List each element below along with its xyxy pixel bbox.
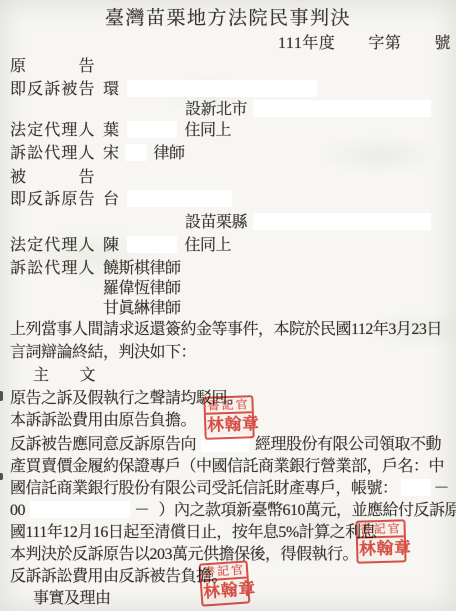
case-number-line: 111年度 字第 號 [278,34,451,53]
party-plaintiff-label: 原告 [10,57,94,76]
party-counter-plaintiff: 即反訴原告台 [10,190,232,209]
main-text-9: 反訴訴訟費用由反訴被告負擔。 [10,567,227,586]
counter-defendant-name: 環 [103,81,119,98]
clerk-seal-stamp-2: 書記官 林翰章 [355,519,406,563]
scan-edge-artifact [0,391,3,401]
counter-defendant-label: 即反訴被告 [10,80,94,99]
party-address-1: 設新北市 [185,100,431,119]
main-text-5b: － [434,480,450,497]
scan-edge-artifact [0,473,3,480]
legal-rep-name-1: 葉 [103,122,119,139]
party-counsel-3: 羅偉恆律師 [103,279,181,298]
main-text-5a: 國信託商業銀行股份有限公司受託信託財產專戶，帳號： [10,480,398,497]
legal-rep-label-2: 法定代理人 [10,236,94,255]
party-counsel-2: 訴訟代理人饒斯棋律師 [10,259,181,278]
legal-rep-label-1: 法定代理人 [10,121,94,140]
main-text-3b: 經理股份有限公司領取不動 [255,436,441,453]
clerk-seal-title: 書記官 [357,521,403,538]
party-legal-rep-2: 法定代理人陳住同上 [10,236,231,255]
counsel-name-2: 饒斯棋律師 [103,260,181,277]
redacted-name [127,236,177,253]
document-title: 臺灣苗栗地方法院民事判決 [0,9,456,28]
party-counsel-4: 甘眞綝律師 [103,299,181,318]
party-defendant-label: 被告 [10,168,94,187]
section-heading-main: 主文 [33,366,95,385]
defendant-label: 被告 [10,168,94,187]
intro-line-2: 言詞辯論終結，判決如下： [10,343,196,362]
main-text-6c: ）內之款項新臺幣610萬元，並應給付反訴原告自民 [159,502,456,519]
main-text-4: 產買賣價金履約保證專戶（中國信託商業銀行營業部，戶名：中 [10,457,444,476]
main-text-2: 本訴訴訟費用由原告負擔。 [10,411,196,430]
party-counter-defendant: 即反訴被告環 [10,80,317,99]
counter-plaintiff-label: 即反訴原告 [10,190,94,209]
main-text-3a: 反訴被告應同意反訴原告向 [10,436,196,453]
redacted-name [125,144,147,161]
address-1-text: 設新北市 [185,101,247,118]
counsel-label-1: 訴訟代理人 [10,144,94,163]
redacted-address [253,100,431,117]
clerk-seal-stamp-1: 書記官 林翰章 [203,395,254,440]
counter-plaintiff-name: 台 [103,191,119,208]
clerk-seal-name: 林翰章 [206,413,253,438]
redacted-name [127,190,232,207]
clerk-seal-stamp-3: 書記官 林翰章 [199,560,251,606]
same-address-2: 住同上 [185,237,232,254]
clerk-seal-name: 林翰章 [202,578,248,604]
counsel-suffix-1: 律師 [154,145,185,162]
plaintiff-label: 原告 [10,57,94,76]
redacted-address [253,213,431,230]
main-text-5: 國信託商業銀行股份有限公司受託信託財產專戶，帳號：－ [10,479,449,498]
counsel-name-1: 宋 [103,145,119,162]
same-address-1: 住同上 [185,122,232,139]
clerk-seal-title: 書記官 [205,397,252,415]
redacted-name [127,80,317,97]
section-heading-facts: 事實及理由 [33,589,111,608]
counsel-name-4: 甘眞綝律師 [103,300,181,317]
redacted-name [127,121,177,138]
address-2-text: 設苗栗縣 [185,214,247,231]
legal-rep-name-2: 陳 [103,237,119,254]
main-text-6: 00－）內之款項新臺幣610萬元，並應給付反訴原告自民 [10,501,456,520]
redacted-account [30,501,130,518]
redacted-account [401,479,431,496]
party-counsel-1: 訴訟代理人宋律師 [10,144,185,163]
main-text-6b: － [134,502,150,519]
party-legal-rep-1: 法定代理人葉住同上 [10,121,231,140]
intro-line-1: 上列當事人間請求返還簽約金等事件，本院於民國112年3月23日 [10,320,442,339]
main-text-7: 國111年12月16日起至清償日止，按年息5%計算之利息 [10,523,376,542]
clerk-seal-name: 林翰章 [358,537,405,561]
main-text-8: 本判決於反訴原告以203萬元供擔保後，得假執行。 [10,545,358,564]
main-text-6a: 00 [10,502,25,519]
party-address-2: 設苗栗縣 [185,213,431,232]
counsel-label-2: 訴訟代理人 [10,259,94,278]
judgment-document-page: 臺灣苗栗地方法院民事判決 111年度 字第 號 原告 即反訴被告環 設新北市 法… [0,0,456,611]
counsel-name-3: 羅偉恆律師 [103,280,181,297]
